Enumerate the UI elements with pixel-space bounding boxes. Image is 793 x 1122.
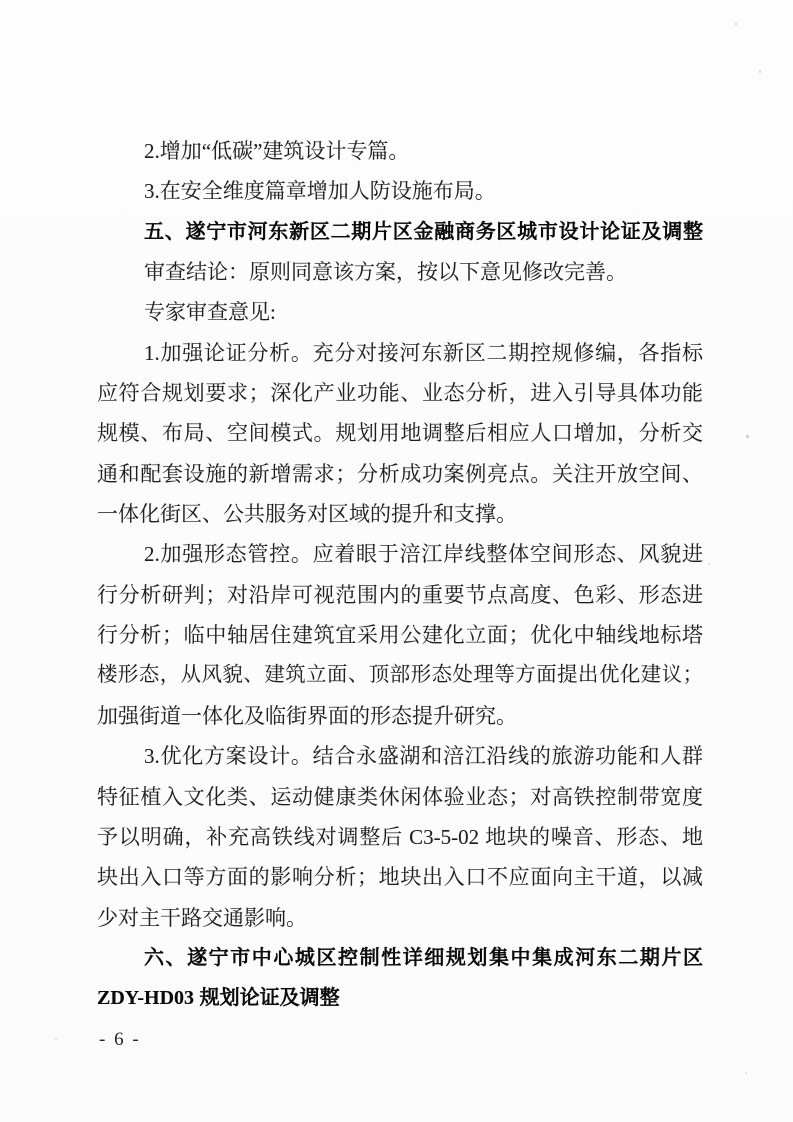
scan-speck — [735, 23, 737, 25]
paragraph-1-line-5: 一体化街区、公共服务对区域的提升和支撑。 — [97, 494, 703, 534]
paragraph-2-line-1: 2.加强形态管控。应着眼于涪江岸线整体空间形态、风貌进 — [97, 534, 703, 574]
paragraph-2-line-4: 楼形态，从风貌、建筑立面、顶部形态处理等方面提出优化建议； — [97, 655, 703, 695]
document-page: 2.增加“低碳”建筑设计专篇。 3.在安全维度篇章增加人防设施布局。 五、遂宁市… — [0, 0, 793, 1122]
document-body: 2.增加“低碳”建筑设计专篇。 3.在安全维度篇章增加人防设施布局。 五、遂宁市… — [97, 131, 703, 1019]
paragraph-3-line-2: 特征植入文化类、运动健康类休闲体验业态；对高铁控制带宽度 — [97, 777, 703, 817]
paragraph-2-line-5: 加强街道一体化及临街界面的形态提升研究。 — [97, 696, 703, 736]
paragraph-3-line-4: 块出入口等方面的影响分析；地块出入口不应面向主干道，以减 — [97, 857, 703, 897]
paragraph-3-line-1: 3.优化方案设计。结合永盛湖和涪江沿线的旅游功能和人群 — [97, 736, 703, 776]
paragraph-3-line-3: 予以明确，补充高铁线对调整后 C3-5-02 地块的噪音、形态、地 — [97, 817, 703, 857]
list-item-2: 2.增加“低碳”建筑设计专篇。 — [97, 131, 703, 171]
list-item-3: 3.在安全维度篇章增加人防设施布局。 — [97, 171, 703, 211]
scan-speck — [746, 435, 749, 438]
paragraph-3-line-5: 少对主干路交通影响。 — [97, 898, 703, 938]
review-conclusion: 审查结论：原则同意该方案，按以下意见修改完善。 — [97, 252, 703, 292]
section-heading-5: 五、遂宁市河东新区二期片区金融商务区城市设计论证及调整 — [97, 212, 703, 252]
paragraph-1-line-1: 1.加强论证分析。充分对接河东新区二期控规修编，各指标 — [97, 333, 703, 373]
expert-opinions-label: 专家审查意见: — [97, 292, 703, 332]
plan-code: ZDY-HD03 — [97, 987, 194, 1009]
scan-speck — [708, 563, 710, 565]
paragraph-1-line-3: 规模、布局、空间模式。规划用地调整后相应人口增加，分析交 — [97, 413, 703, 453]
scan-speck — [55, 1038, 57, 1040]
page-number: - 6 - — [99, 1028, 141, 1052]
scan-speck — [759, 70, 761, 73]
paragraph-1-line-4: 通和配套设施的新增需求；分析成功案例亮点。关注开放空间、 — [97, 454, 703, 494]
section-heading-6-continuation: 规划论证及调整 — [194, 987, 340, 1009]
paragraph-1-line-2: 应符合规划要求；深化产业功能、业态分析，进入引导具体功能 — [97, 373, 703, 413]
scan-speck — [745, 1072, 747, 1074]
paragraph-2-line-3: 行分析；临中轴居住建筑宜采用公建化立面；优化中轴线地标塔 — [97, 615, 703, 655]
paragraph-2-line-2: 行分析研判；对沿岸可视范围内的重要节点高度、色彩、形态进 — [97, 575, 703, 615]
section-heading-6-line-2: ZDY-HD03 规划论证及调整 — [97, 978, 703, 1018]
section-heading-6-line-1: 六、遂宁市中心城区控制性详细规划集中集成河东二期片区 — [97, 938, 703, 978]
